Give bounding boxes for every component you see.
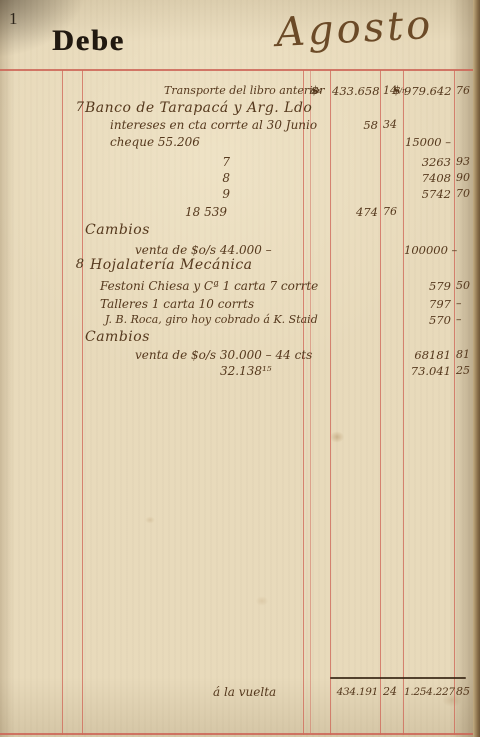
cheque-number: 8 — [204, 170, 230, 186]
entry-description: intereses en cta corrte al 30 Junio — [110, 117, 317, 133]
cents-col2: 76 — [456, 83, 473, 99]
amount-col2: 797 — [404, 296, 451, 312]
cents-col2: 25 — [456, 363, 473, 379]
entry-description: 32.138¹⁵ — [220, 363, 272, 379]
entry-description: J. B. Roca, giro hoy cobrado á K. Staid — [105, 312, 318, 328]
cheque-number: 18 539 — [185, 204, 227, 220]
totals-rule — [330, 677, 466, 679]
entry-description: venta de $o/s 44.000 – — [135, 242, 272, 258]
amount-col2: 68181 — [404, 347, 451, 363]
carry-forward-label: á la vuelta — [213, 684, 276, 700]
ledger-row: Cambios — [0, 329, 480, 345]
amount-col2: 570 — [404, 312, 451, 328]
ledger-row: Festoni Chiesa y Cª 1 carta 7 corrte 579… — [0, 278, 480, 294]
entry-description: Banco de Tarapacá y Arg. Ldo — [85, 100, 312, 116]
entry-description: Transporte del libro anterior — [164, 83, 324, 99]
amount-col2: 979.642 — [404, 83, 451, 99]
entry-description: Talleres 1 carta 10 corrts — [100, 296, 254, 312]
amount-col2: 15000 – — [404, 134, 451, 150]
amount-col2: 7408 — [404, 170, 451, 186]
amount-col1: 58 — [332, 117, 378, 133]
ledger-row: 18 539 474 76 — [0, 204, 480, 220]
account-title: Cambios — [85, 222, 150, 238]
ledger-row: 8 Hojalatería Mecánica — [0, 257, 480, 273]
account-title: Hojalatería Mecánica — [90, 257, 253, 273]
amount-col2: 579 — [404, 278, 451, 294]
ledger-row: venta de $o/s 30.000 – 44 cts 68181 81 — [0, 347, 480, 363]
ledger-row: intereses en cta corrte al 30 Junio 58 3… — [0, 117, 480, 133]
cheque-number: 7 — [204, 154, 230, 170]
total-cents-col2: 85 — [456, 684, 473, 700]
amount-col2: 73.041 — [404, 363, 451, 379]
cents-col2: 90 — [456, 170, 473, 186]
ledger-row: J. B. Roca, giro hoy cobrado á K. Staid … — [0, 312, 480, 328]
page-title-debe: Debe — [52, 24, 125, 58]
month-title: Agosto — [275, 2, 434, 56]
ledger-row: 32.138¹⁵ 73.041 25 — [0, 363, 480, 379]
total-cents-col1: 24 — [383, 684, 401, 700]
cents-col1: 34 — [383, 117, 401, 133]
page-number: 1 — [9, 9, 18, 29]
amount-col2: 100000 – — [404, 242, 451, 258]
cents-col2: – — [456, 312, 473, 328]
ledger-row: Talleres 1 carta 10 corrts 797 – — [0, 296, 480, 312]
ledger-row: cheque 55.206 15000 – — [0, 134, 480, 150]
amount-col2: 5742 — [404, 186, 451, 202]
entry-description: venta de $o/s 30.000 – 44 cts — [135, 347, 312, 363]
ledger-row: 8 7408 90 — [0, 170, 480, 186]
ledger-row: venta de $o/s 44.000 – 100000 – — [0, 242, 480, 258]
account-title: Cambios — [85, 329, 150, 345]
cheque-number: 9 — [204, 186, 230, 202]
totals-row: á la vuelta 434.191 24 1.254.227 85 — [0, 684, 480, 700]
ledger-row: 7 3263 93 — [0, 154, 480, 170]
cents-col2: 50 — [456, 278, 473, 294]
entry-description: cheque 55.206 — [110, 134, 200, 150]
ledger-row: 7 Banco de Tarapacá y Arg. Ldo — [0, 100, 480, 116]
ledger-row: Cambios — [0, 222, 480, 238]
day-number: 8 — [62, 257, 84, 273]
cents-col2: – — [456, 296, 473, 312]
ledger-page: 1 Debe Agosto Transporte del libro anter… — [0, 0, 480, 737]
total-col2: 1.254.227 — [404, 684, 451, 700]
amount-col1: 433.658 — [332, 83, 378, 99]
bottom-rule — [0, 733, 480, 735]
total-col1: 434.191 — [332, 684, 378, 700]
ledger-row: 9 5742 70 — [0, 186, 480, 202]
amount-col1: 474 — [332, 204, 378, 220]
ledger-row: Transporte del libro anterior $o/s 433.6… — [0, 83, 480, 99]
header-rule — [0, 69, 480, 71]
cents-col2: 81 — [456, 347, 473, 363]
entry-description: Festoni Chiesa y Cª 1 carta 7 corrte — [100, 278, 318, 294]
cents-col2: 93 — [456, 154, 473, 170]
day-number: 7 — [62, 100, 84, 116]
cents-col2: 70 — [456, 186, 473, 202]
cents-col1: 76 — [383, 204, 401, 220]
amount-col2: 3263 — [404, 154, 451, 170]
